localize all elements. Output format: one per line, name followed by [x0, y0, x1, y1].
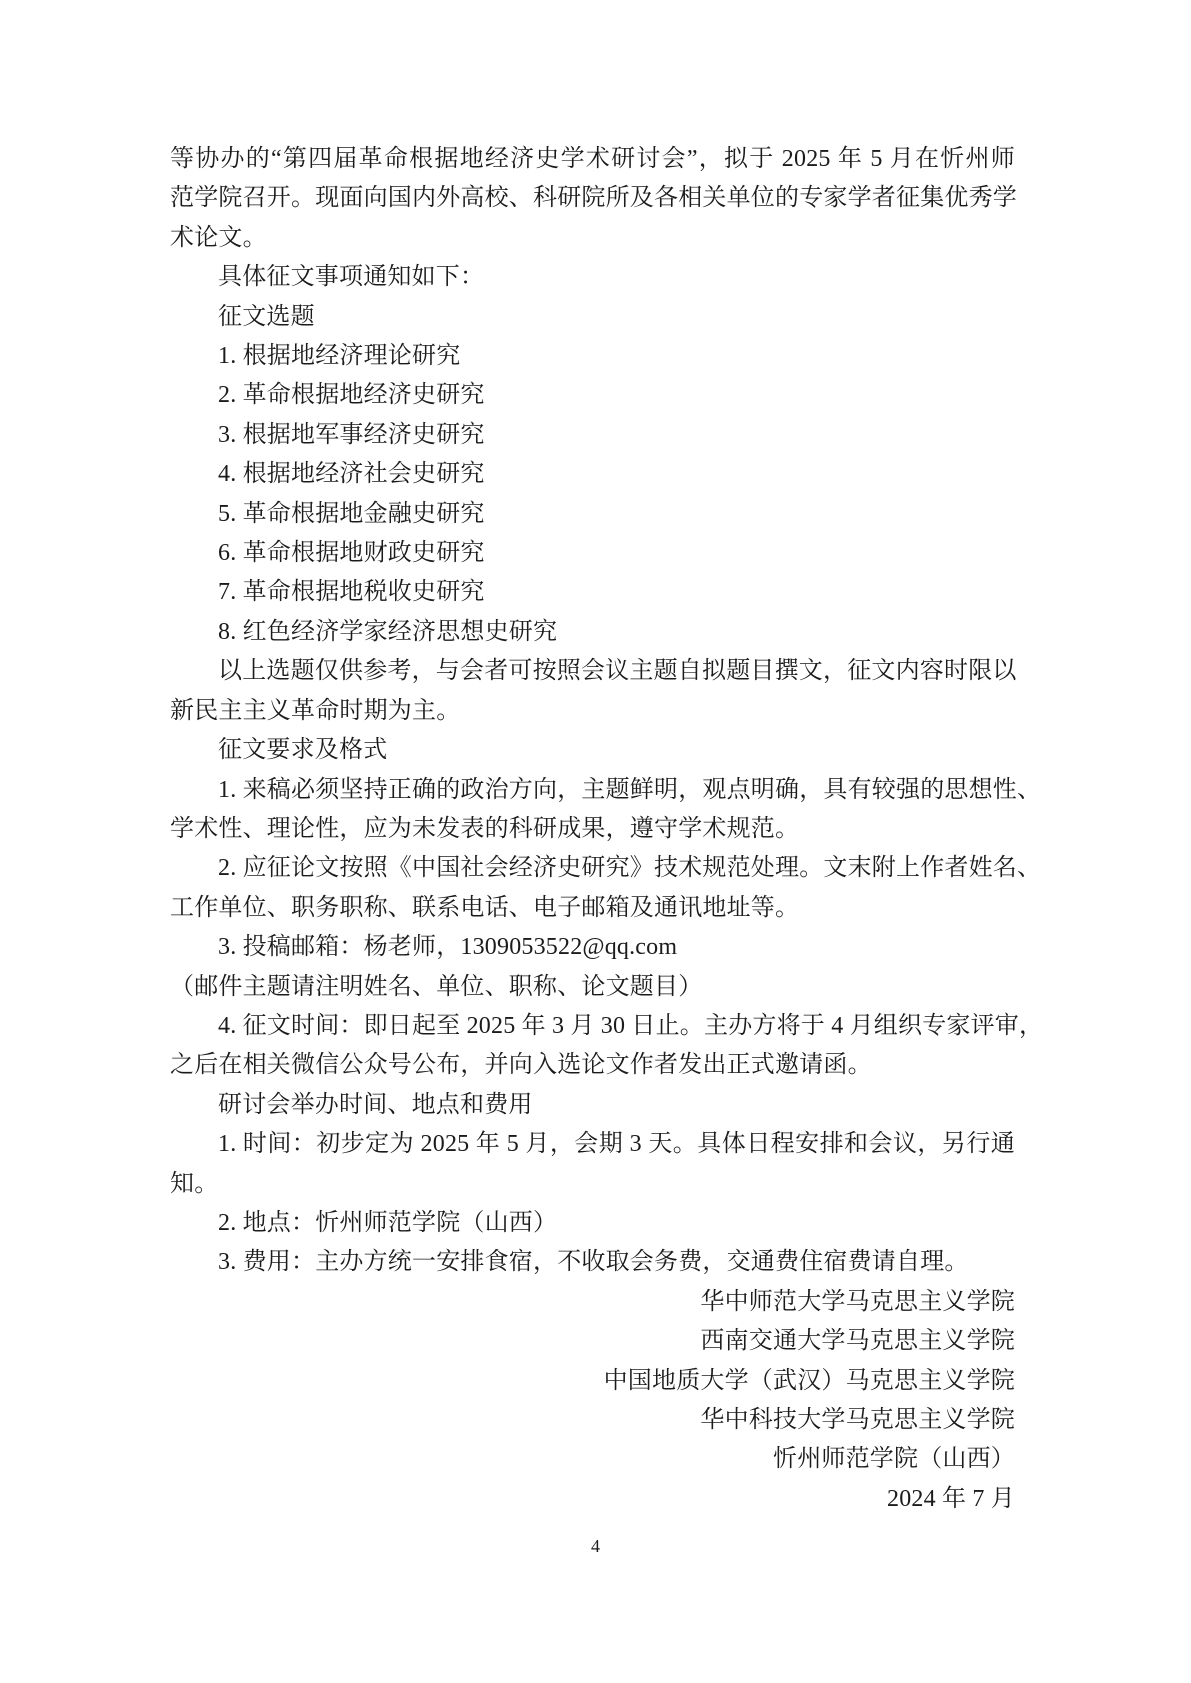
- text-line-4: 具体征文事项通知如下：: [170, 258, 1015, 297]
- text-line-16: 征文要求及格式: [170, 731, 1015, 770]
- text-line-2: 范学院召开。现面向国内外高校、科研院所及各相关单位的专家学者征集优秀学: [170, 179, 1015, 218]
- text-line-9: 4. 根据地经济社会史研究: [170, 455, 1015, 494]
- text-line-21: 3. 投稿邮箱：杨老师，1309053522@qq.com: [170, 928, 1015, 967]
- text-line-15: 新民主主义革命时期为主。: [170, 692, 1015, 731]
- document-body: 等协办的“第四届革命根据地经济史学术研讨会”，拟于 2025 年 5 月在忻州师…: [170, 140, 1015, 1519]
- text-line-18: 学术性、理论性，应为未发表的科研成果，遵守学术规范。: [170, 810, 1015, 849]
- text-line-14: 以上选题仅供参考，与会者可按照会议主题自拟题目撰文，征文内容时限以: [170, 652, 1015, 691]
- text-line-24: 之后在相关微信公众号公布，并向入选论文作者发出正式邀请函。: [170, 1046, 1015, 1085]
- text-line-26: 1. 时间：初步定为 2025 年 5 月，会期 3 天。具体日程安排和会议，另…: [170, 1125, 1015, 1164]
- text-line-6: 1. 根据地经济理论研究: [170, 337, 1015, 376]
- text-line-27: 知。: [170, 1165, 1015, 1204]
- text-line-3: 术论文。: [170, 219, 1015, 258]
- text-line-8: 3. 根据地军事经济史研究: [170, 416, 1015, 455]
- text-line-10: 5. 革命根据地金融史研究: [170, 495, 1015, 534]
- text-line-22: （邮件主题请注明姓名、单位、职称、论文题目）: [170, 968, 1015, 1007]
- text-line-28: 2. 地点：忻州师范学院（山西）: [170, 1204, 1015, 1243]
- text-line-32: 中国地质大学（武汉）马克思主义学院: [170, 1362, 1015, 1401]
- text-line-33: 华中科技大学马克思主义学院: [170, 1401, 1015, 1440]
- text-line-23: 4. 征文时间：即日起至 2025 年 3 月 30 日止。主办方将于 4 月组…: [170, 1007, 1015, 1046]
- text-line-13: 8. 红色经济学家经济思想史研究: [170, 613, 1015, 652]
- text-line-35: 2024 年 7 月: [170, 1480, 1015, 1519]
- text-line-7: 2. 革命根据地经济史研究: [170, 376, 1015, 415]
- text-line-29: 3. 费用：主办方统一安排食宿，不收取会务费，交通费住宿费请自理。: [170, 1243, 1015, 1282]
- text-line-5: 征文选题: [170, 298, 1015, 337]
- text-line-11: 6. 革命根据地财政史研究: [170, 534, 1015, 573]
- text-line-17: 1. 来稿必须坚持正确的政治方向，主题鲜明，观点明确，具有较强的思想性、: [170, 771, 1015, 810]
- text-line-31: 西南交通大学马克思主义学院: [170, 1322, 1015, 1361]
- text-line-34: 忻州师范学院（山西）: [170, 1440, 1015, 1479]
- text-line-20: 工作单位、职务职称、联系电话、电子邮箱及通讯地址等。: [170, 889, 1015, 928]
- document-page: 等协办的“第四届革命根据地经济史学术研讨会”，拟于 2025 年 5 月在忻州师…: [0, 0, 1191, 1683]
- text-line-25: 研讨会举办时间、地点和费用: [170, 1086, 1015, 1125]
- text-line-30: 华中师范大学马克思主义学院: [170, 1283, 1015, 1322]
- text-line-12: 7. 革命根据地税收史研究: [170, 573, 1015, 612]
- text-line-1: 等协办的“第四届革命根据地经济史学术研讨会”，拟于 2025 年 5 月在忻州师: [170, 140, 1015, 179]
- page-number: 4: [0, 1534, 1191, 1558]
- text-line-19: 2. 应征论文按照《中国社会经济史研究》技术规范处理。文末附上作者姓名、: [170, 849, 1015, 888]
